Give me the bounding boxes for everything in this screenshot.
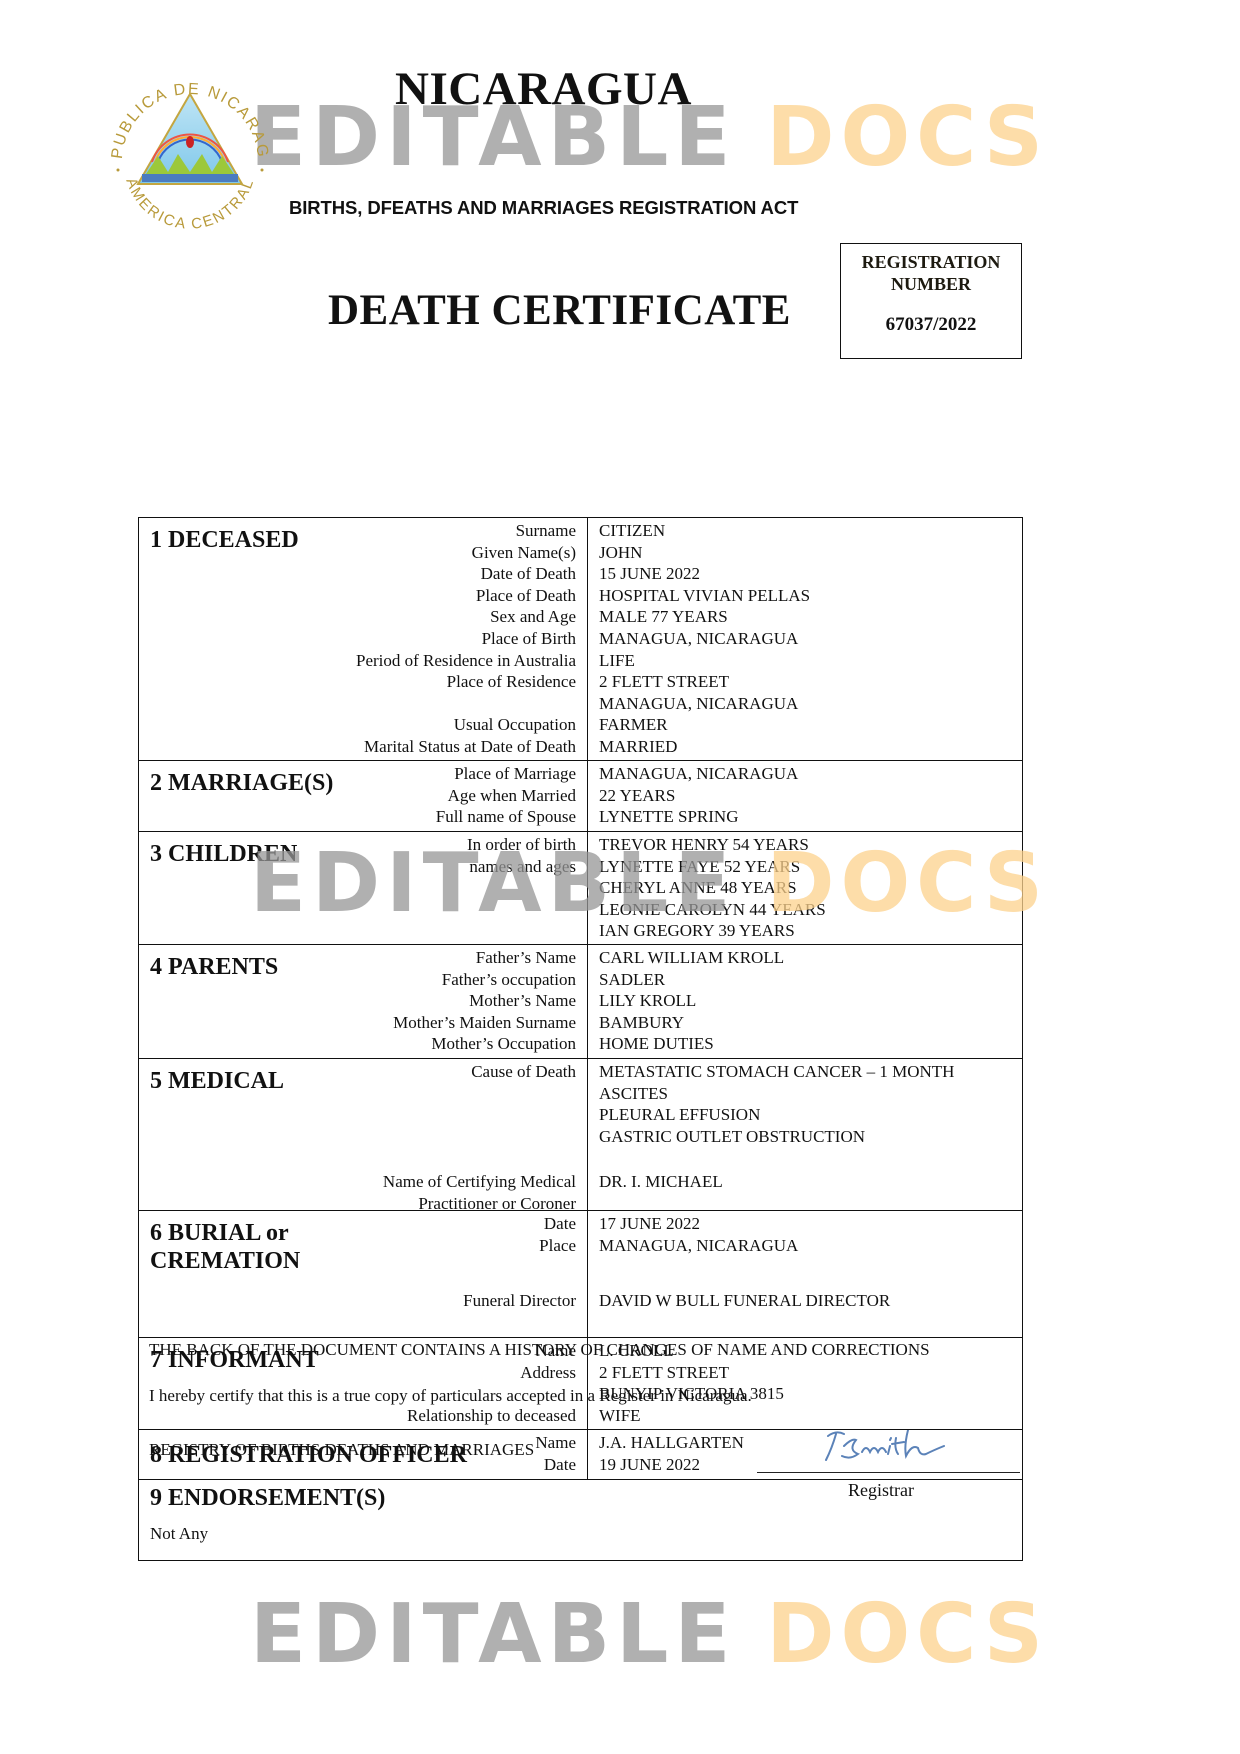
field-values: MANAGUA, NICARAGUA22 YEARSLYNETTE SPRING: [588, 761, 1022, 831]
field-values: J.A. HALLGARTEN 19 JUNE 2022: [588, 1430, 1022, 1479]
field-value: LILY KROLL: [599, 990, 1022, 1012]
field-value: BAMBURY: [599, 1012, 1022, 1034]
section-informant: 7 INFORMANT Name Address Relationship to…: [139, 1338, 1022, 1430]
section-title: 2 MARRIAGE(S): [150, 769, 333, 797]
field-label: Mother’s Maiden Surname: [139, 1012, 576, 1034]
field-value: HOME DUTIES: [599, 1033, 1022, 1055]
child-entry: LYNETTE FAYE 52 YEARS: [599, 856, 1022, 878]
field-value: LIFE: [599, 650, 1022, 672]
certificate-table: 1 DECEASED SurnameGiven Name(s)Date of D…: [138, 517, 1023, 1561]
field-label: Marital Status at Date of Death: [139, 736, 576, 758]
section-registration-officer: 8 REGISTRATION OFFICER Name Date J.A. HA…: [139, 1430, 1022, 1480]
section-title: 4 PARENTS: [150, 953, 278, 981]
informant-address-2: BUNYIP VICTORIA 3815: [599, 1383, 1022, 1405]
field-value: FARMER: [599, 714, 1022, 736]
field-label: Date of Death: [139, 563, 576, 585]
field-value: SADLER: [599, 969, 1022, 991]
field-label: Period of Residence in Australia: [139, 650, 576, 672]
informant-relationship: WIFE: [599, 1405, 1022, 1427]
section-endorsements: 9 ENDORSEMENT(S) Not Any: [139, 1480, 1022, 1560]
officer-name: J.A. HALLGARTEN: [599, 1432, 1022, 1454]
registration-number-box: REGISTRATION NUMBER 67037/2022: [840, 243, 1022, 359]
section-title: 5 MEDICAL: [150, 1067, 284, 1095]
field-label: Place of Residence: [139, 671, 576, 693]
field-value: 15 JUNE 2022: [599, 563, 1022, 585]
officer-date: 19 JUNE 2022: [599, 1454, 1022, 1476]
section-title: 9 ENDORSEMENT(S): [139, 1480, 1022, 1512]
section-marriage: 2 MARRIAGE(S) Place of MarriageAge when …: [139, 761, 1022, 832]
certifier-label: Name of Certifying Medical: [139, 1171, 576, 1193]
field-value: HOSPITAL VIVIAN PELLAS: [599, 585, 1022, 607]
field-values: 17 JUNE 2022 MANAGUA, NICARAGUA DAVID W …: [588, 1211, 1022, 1337]
act-subtitle: BIRTHS, DFEATHS AND MARRIAGES REGISTRATI…: [289, 197, 1240, 219]
child-entry: TREVOR HENRY 54 YEARS: [599, 834, 1022, 856]
field-label: Place of Death: [139, 585, 576, 607]
document-title: DEATH CERTIFICATE: [328, 286, 1240, 335]
cause-of-death-entry: METASTATIC STOMACH CANCER – 1 MONTH: [599, 1061, 1022, 1083]
field-value: JOHN: [599, 542, 1022, 564]
cause-of-death-entry: PLEURAL EFFUSION: [599, 1104, 1022, 1126]
section-title: 7 INFORMANT: [150, 1346, 319, 1374]
field-value: 22 YEARS: [599, 785, 1022, 807]
field-values: L. CROLL 2 FLETT STREET BUNYIP VICTORIA …: [588, 1338, 1022, 1429]
registration-number: 67037/2022: [841, 314, 1021, 336]
field-values: CARL WILLIAM KROLLSADLERLILY KROLLBAMBUR…: [588, 945, 1022, 1058]
field-value: MARRIED: [599, 736, 1022, 758]
field-values: CITIZENJOHN15 JUNE 2022HOSPITAL VIVIAN P…: [588, 518, 1022, 760]
country-heading: NICARAGUA: [395, 62, 1240, 116]
field-label: Sex and Age: [139, 606, 576, 628]
burial-date: 17 JUNE 2022: [599, 1213, 1022, 1235]
field-label: Full name of Spouse: [139, 806, 576, 828]
field-label: Mother’s Occupation: [139, 1033, 576, 1055]
field-values: METASTATIC STOMACH CANCER – 1 MONTHASCIT…: [588, 1059, 1022, 1210]
child-entry: CHERYL ANNE 48 YEARS: [599, 877, 1022, 899]
burial-place: MANAGUA, NICARAGUA: [599, 1235, 1022, 1257]
cause-of-death-entry: GASTRIC OUTLET OBSTRUCTION: [599, 1126, 1022, 1148]
field-value: CITIZEN: [599, 520, 1022, 542]
field-values: TREVOR HENRY 54 YEARSLYNETTE FAYE 52 YEA…: [588, 832, 1022, 944]
field-label: Mother’s Name: [139, 990, 576, 1012]
certifier-value: DR. I. MICHAEL: [599, 1171, 1022, 1193]
causes-of-death: METASTATIC STOMACH CANCER – 1 MONTHASCIT…: [599, 1061, 1022, 1147]
field-value: CARL WILLIAM KROLL: [599, 947, 1022, 969]
cause-of-death-entry: ASCITES: [599, 1083, 1022, 1105]
field-label: [139, 693, 576, 715]
coat-of-arms-seal-icon: REPUBLICA DE NICARAGUA AMERICA CENTRAL: [100, 62, 280, 242]
watermark-bottom: EDITABLEDOCS: [250, 1594, 1049, 1676]
field-value: MANAGUA, NICARAGUA: [599, 628, 1022, 650]
section-burial: 6 BURIAL or CREMATION Date Place Funeral…: [139, 1211, 1022, 1338]
field-value: MANAGUA, NICARAGUA: [599, 693, 1022, 715]
section-title: 1 DECEASED: [150, 526, 299, 554]
field-value: MALE 77 YEARS: [599, 606, 1022, 628]
field-value: MANAGUA, NICARAGUA: [599, 763, 1022, 785]
informant-name: L. CROLL: [599, 1340, 1022, 1362]
funeral-director: DAVID W BULL FUNERAL DIRECTOR: [599, 1290, 1022, 1312]
endorsement-text: Not Any: [139, 1512, 1022, 1544]
informant-address-1: 2 FLETT STREET: [599, 1362, 1022, 1384]
child-entry: IAN GREGORY 39 YEARS: [599, 920, 1022, 942]
child-entry: LEONIE CAROLYN 44 YEARS: [599, 899, 1022, 921]
section-parents: 4 PARENTS Father’s NameFather’s occupati…: [139, 945, 1022, 1059]
section-deceased: 1 DECEASED SurnameGiven Name(s)Date of D…: [139, 518, 1022, 761]
field-label: Place of Birth: [139, 628, 576, 650]
registration-label: REGISTRATION NUMBER: [841, 251, 1021, 295]
section-title: 8 REGISTRATION OFFICER: [150, 1441, 467, 1469]
field-value: LYNETTE SPRING: [599, 806, 1022, 828]
section-title: 6 BURIAL or CREMATION: [150, 1219, 300, 1275]
section-children: 3 CHILDREN In order of birthnames and ag…: [139, 832, 1022, 945]
field-label: Usual Occupation: [139, 714, 576, 736]
section-medical: 5 MEDICAL Cause of Death Name of Certify…: [139, 1059, 1022, 1211]
section-title: 3 CHILDREN: [150, 840, 297, 868]
field-value: 2 FLETT STREET: [599, 671, 1022, 693]
